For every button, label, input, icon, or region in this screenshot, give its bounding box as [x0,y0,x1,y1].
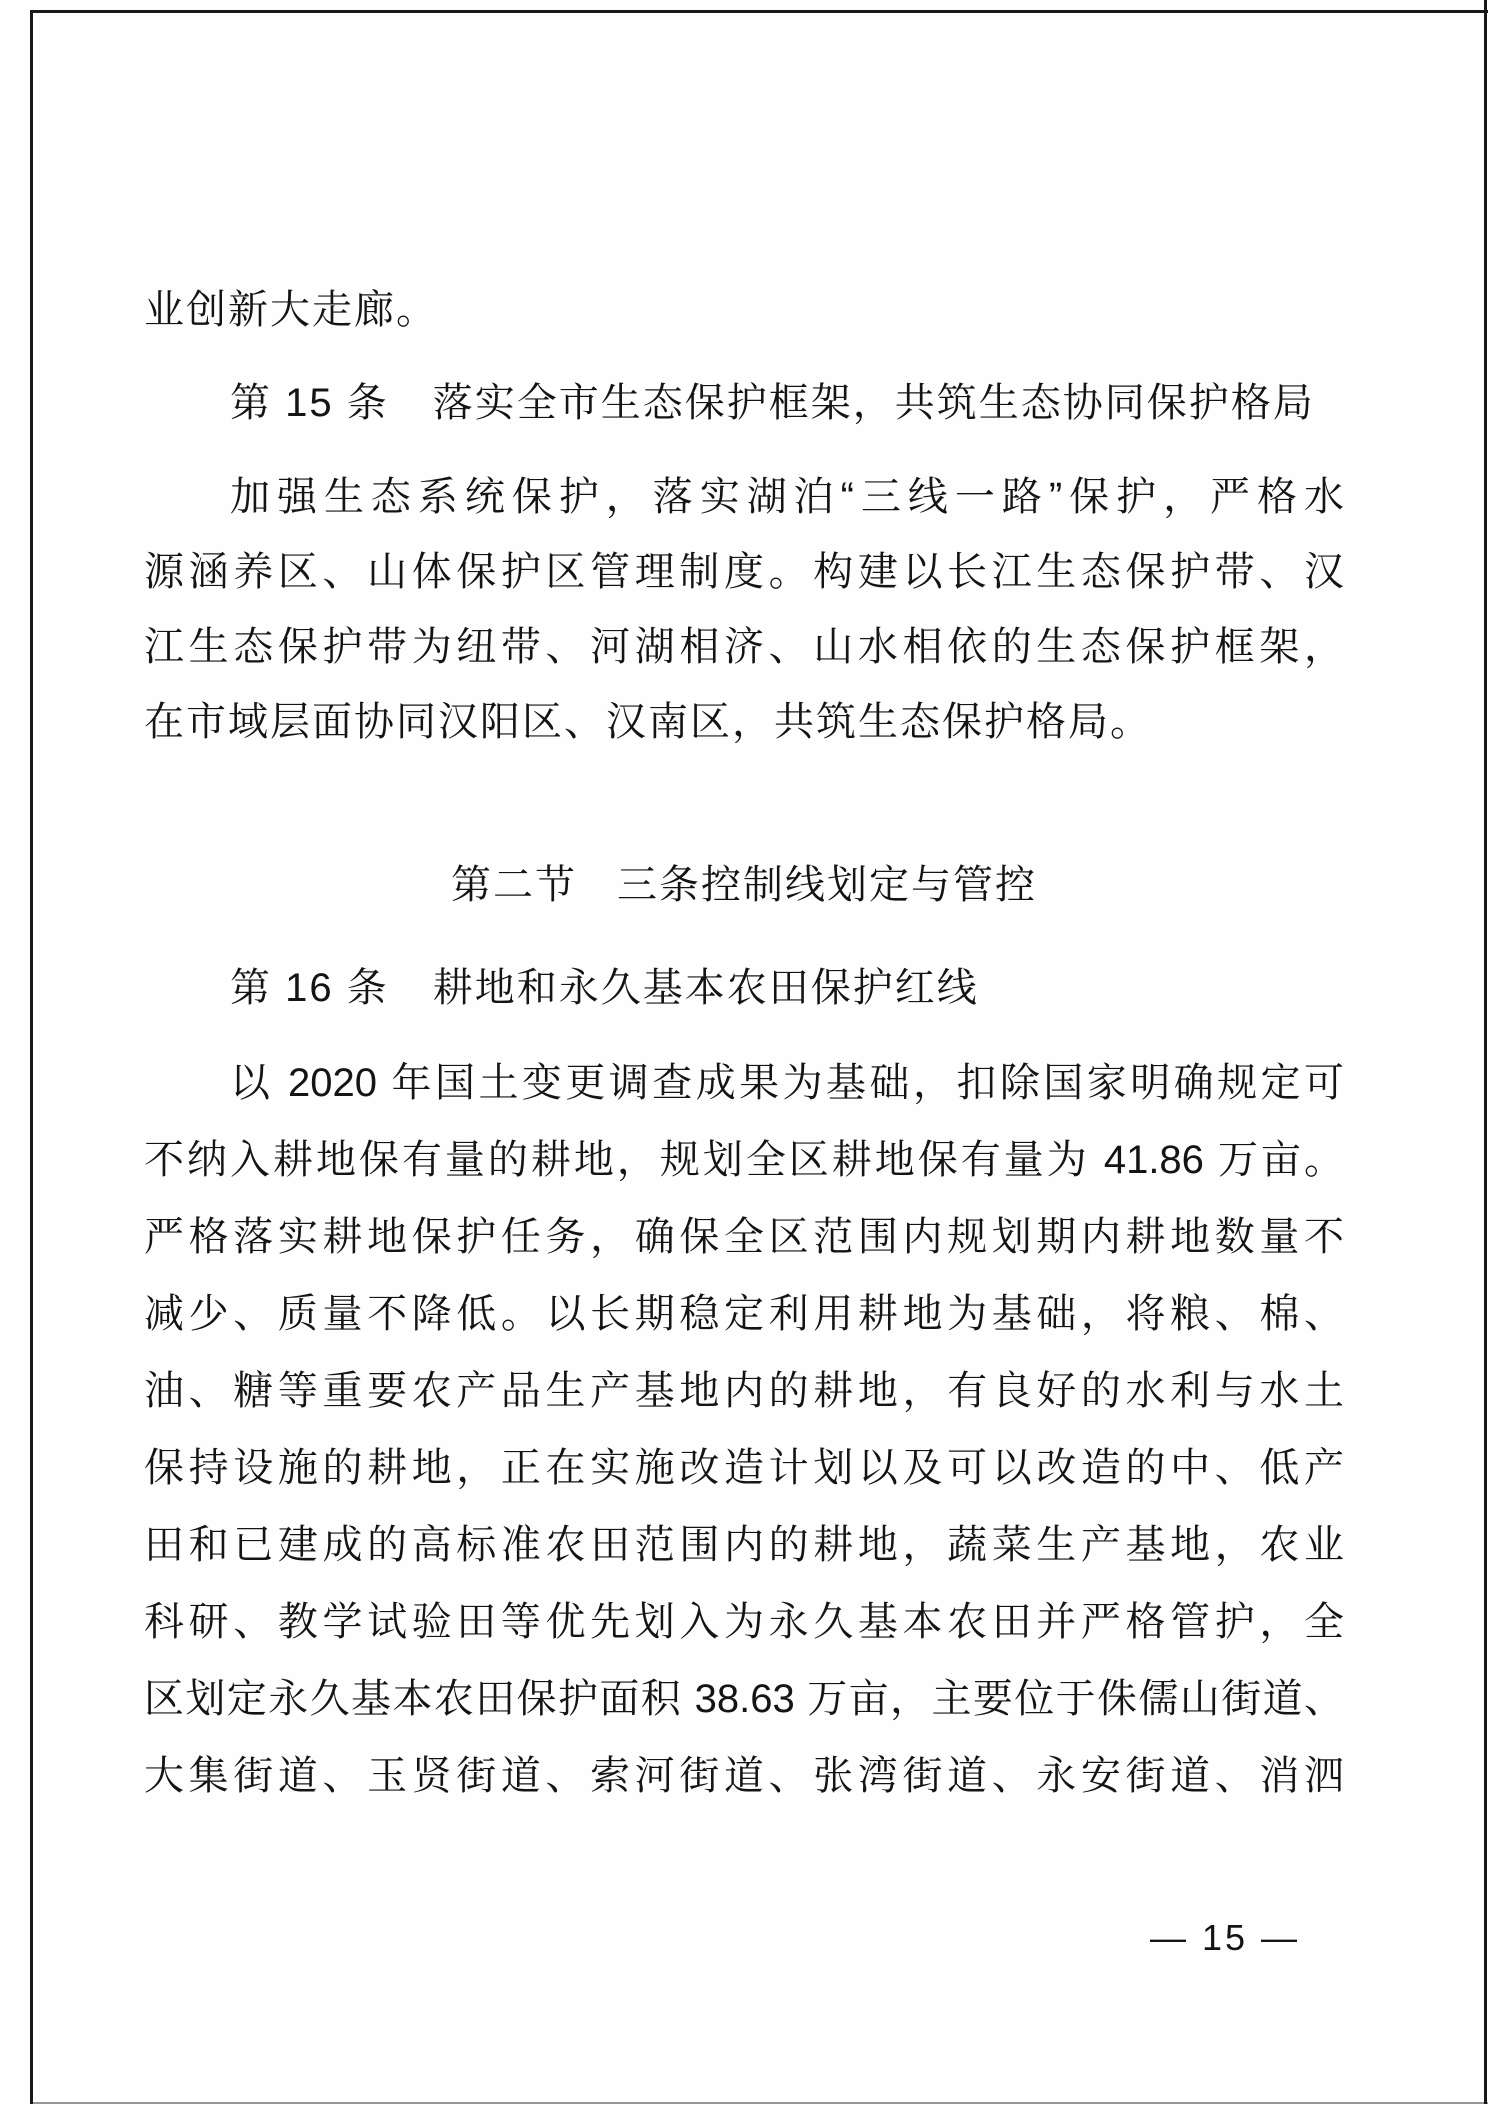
body-line: 在市域层面协同汉阳区、汉南区，共筑生态保护格局。 [144,685,1344,760]
body-line: 江生态保护带为纽带、河湖相济、山水相依的生态保护框架， [144,610,1344,685]
body-line: 大集街道、玉贤街道、索河街道、张湾街道、永安街道、消泗 [144,1738,1344,1815]
body-line: 以 2020 年国土变更调查成果为基础，扣除国家明确规定可 [144,1045,1344,1122]
paragraph-continuation: 业创新大走廊。 [144,273,1344,348]
body-line: 区划定永久基本农田保护面积 38.63 万亩，主要位于侏儒山街道、 [144,1661,1344,1738]
scan-border-top [30,10,1488,13]
body-line: 保持设施的耕地，正在实施改造计划以及可以改造的中、低产 [144,1430,1344,1507]
scan-border-right [1484,0,1487,2104]
page-number: — 15 — [1150,1916,1300,1960]
article-16-heading: 第 16 条耕地和永久基本农田保护红线 [144,951,1344,1026]
article-15-paragraph: 加强生态系统保护，落实湖泊“三线一路”保护，严格水 源涵养区、山体保护区管理制度… [144,460,1344,760]
section-2-heading: 第二节三条控制线划定与管控 [144,848,1344,923]
article-16-paragraph: 以 2020 年国土变更调查成果为基础，扣除国家明确规定可 不纳入耕地保有量的耕… [144,1045,1344,1815]
body-line: 严格落实耕地保护任务，确保全区范围内规划期内耕地数量不 [144,1199,1344,1276]
article-15-heading: 第 15 条落实全市生态保护框架，共筑生态协同保护格局 [144,366,1344,441]
body-line: 田和已建成的高标准农田范围内的耕地，蔬菜生产基地，农业 [144,1507,1344,1584]
article-15-title: 落实全市生态保护框架，共筑生态协同保护格局 [433,381,1315,425]
section-2-number: 第二节 [451,863,577,907]
article-16-number: 第 16 条 [230,966,389,1010]
body-line: 加强生态系统保护，落实湖泊“三线一路”保护，严格水 [144,460,1344,535]
body-line: 业创新大走廊。 [144,273,1344,348]
body-line: 科研、教学试验田等优先划入为永久基本农田并严格管护，全 [144,1584,1344,1661]
body-line: 不纳入耕地保有量的耕地，规划全区耕地保有量为 41.86 万亩。 [144,1122,1344,1199]
section-2-title: 三条控制线划定与管控 [617,863,1037,907]
scan-border-left [30,10,33,2104]
document-page: 业创新大走廊。 第 15 条落实全市生态保护框架，共筑生态协同保护格局 加强生态… [0,0,1488,2104]
article-15-number: 第 15 条 [230,381,389,425]
body-line: 源涵养区、山体保护区管理制度。构建以长江生态保护带、汉 [144,535,1344,610]
body-line: 减少、质量不降低。以长期稳定利用耕地为基础，将粮、棉、 [144,1276,1344,1353]
body-line: 油、糖等重要农产品生产基地内的耕地，有良好的水利与水土 [144,1353,1344,1430]
article-16-title: 耕地和永久基本农田保护红线 [433,966,979,1010]
